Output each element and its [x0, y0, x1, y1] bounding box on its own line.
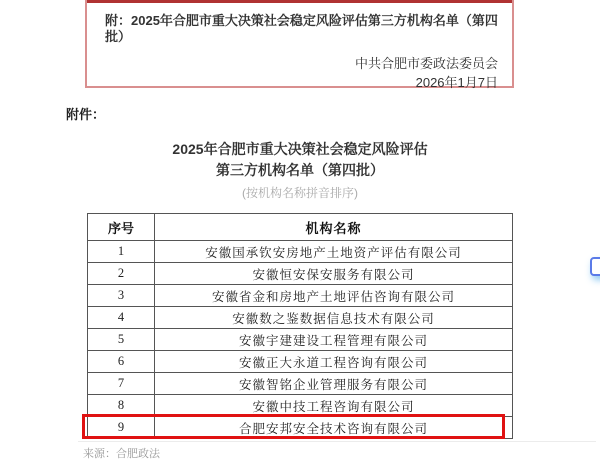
org-name-cell: 安徽智铭企业管理服务有限公司 — [155, 373, 512, 394]
header-org-name: 机构名称 — [155, 214, 512, 240]
row-number-cell: 9 — [88, 417, 155, 438]
table-row: 2安徽恒安保安服务有限公司 — [88, 262, 512, 284]
document-title-line2: 第三方机构名单（第四批） — [0, 160, 600, 181]
row-number-cell: 8 — [88, 395, 155, 416]
attachment-label: 附件： — [66, 104, 105, 123]
org-name-cell: 安徽国承钦安房地产土地资产评估有限公司 — [155, 241, 512, 262]
row-number-cell: 4 — [88, 307, 155, 328]
notice-signature: 中共合肥市委政法委员会 2026年1月7日 — [87, 54, 512, 92]
header-number: 序号 — [88, 214, 155, 240]
org-name-cell: 安徽省金和房地产土地评估咨询有限公司 — [155, 285, 512, 306]
table-row: 7安徽智铭企业管理服务有限公司 — [88, 372, 512, 394]
row-number-cell: 6 — [88, 351, 155, 372]
org-name-cell: 安徽正大永道工程咨询有限公司 — [155, 351, 512, 372]
table-row: 1安徽国承钦安房地产土地资产评估有限公司 — [88, 240, 512, 262]
notice-box: 附：2025年合肥市重大决策社会稳定风险评估第三方机构名单（第四批） 中共合肥市… — [85, 0, 514, 88]
org-name-cell: 安徽宇建建设工程管理有限公司 — [155, 329, 512, 350]
org-name-cell: 合肥安邦安全技术咨询有限公司 — [155, 417, 512, 438]
document-title: 2025年合肥市重大决策社会稳定风险评估 第三方机构名单（第四批） (按机构名称… — [0, 139, 600, 201]
org-name-cell: 安徽数之鉴数据信息技术有限公司 — [155, 307, 512, 328]
table-header-row: 序号 机构名称 — [88, 214, 512, 240]
source-text: 来源：合肥政法 — [83, 445, 160, 461]
org-table: 序号 机构名称 1安徽国承钦安房地产土地资产评估有限公司2安徽恒安保安服务有限公… — [87, 213, 513, 439]
table-row: 5安徽宇建建设工程管理有限公司 — [88, 328, 512, 350]
table-row: 3安徽省金和房地产土地评估咨询有限公司 — [88, 284, 512, 306]
table-row: 9合肥安邦安全技术咨询有限公司 — [88, 416, 512, 438]
table-row: 8安徽中技工程咨询有限公司 — [88, 394, 512, 416]
row-number-cell: 5 — [88, 329, 155, 350]
org-name-cell: 安徽恒安保安服务有限公司 — [155, 263, 512, 284]
row-number-cell: 7 — [88, 373, 155, 394]
notice-date: 2026年1月7日 — [87, 73, 498, 92]
table-row: 6安徽正大永道工程咨询有限公司 — [88, 350, 512, 372]
document-title-line1: 2025年合肥市重大决策社会稳定风险评估 — [0, 139, 600, 160]
notice-title: 附：2025年合肥市重大决策社会稳定风险评估第三方机构名单（第四批） — [105, 13, 498, 45]
sort-note: (按机构名称拼音排序) — [0, 184, 600, 201]
footer-divider — [78, 441, 596, 442]
floating-widget-icon[interactable] — [590, 257, 600, 276]
notice-top-border — [87, 0, 512, 3]
table-row: 4安徽数之鉴数据信息技术有限公司 — [88, 306, 512, 328]
row-number-cell: 3 — [88, 285, 155, 306]
row-number-cell: 1 — [88, 241, 155, 262]
table-body: 1安徽国承钦安房地产土地资产评估有限公司2安徽恒安保安服务有限公司3安徽省金和房… — [88, 240, 512, 438]
notice-issuer: 中共合肥市委政法委员会 — [87, 54, 498, 73]
row-number-cell: 2 — [88, 263, 155, 284]
org-name-cell: 安徽中技工程咨询有限公司 — [155, 395, 512, 416]
